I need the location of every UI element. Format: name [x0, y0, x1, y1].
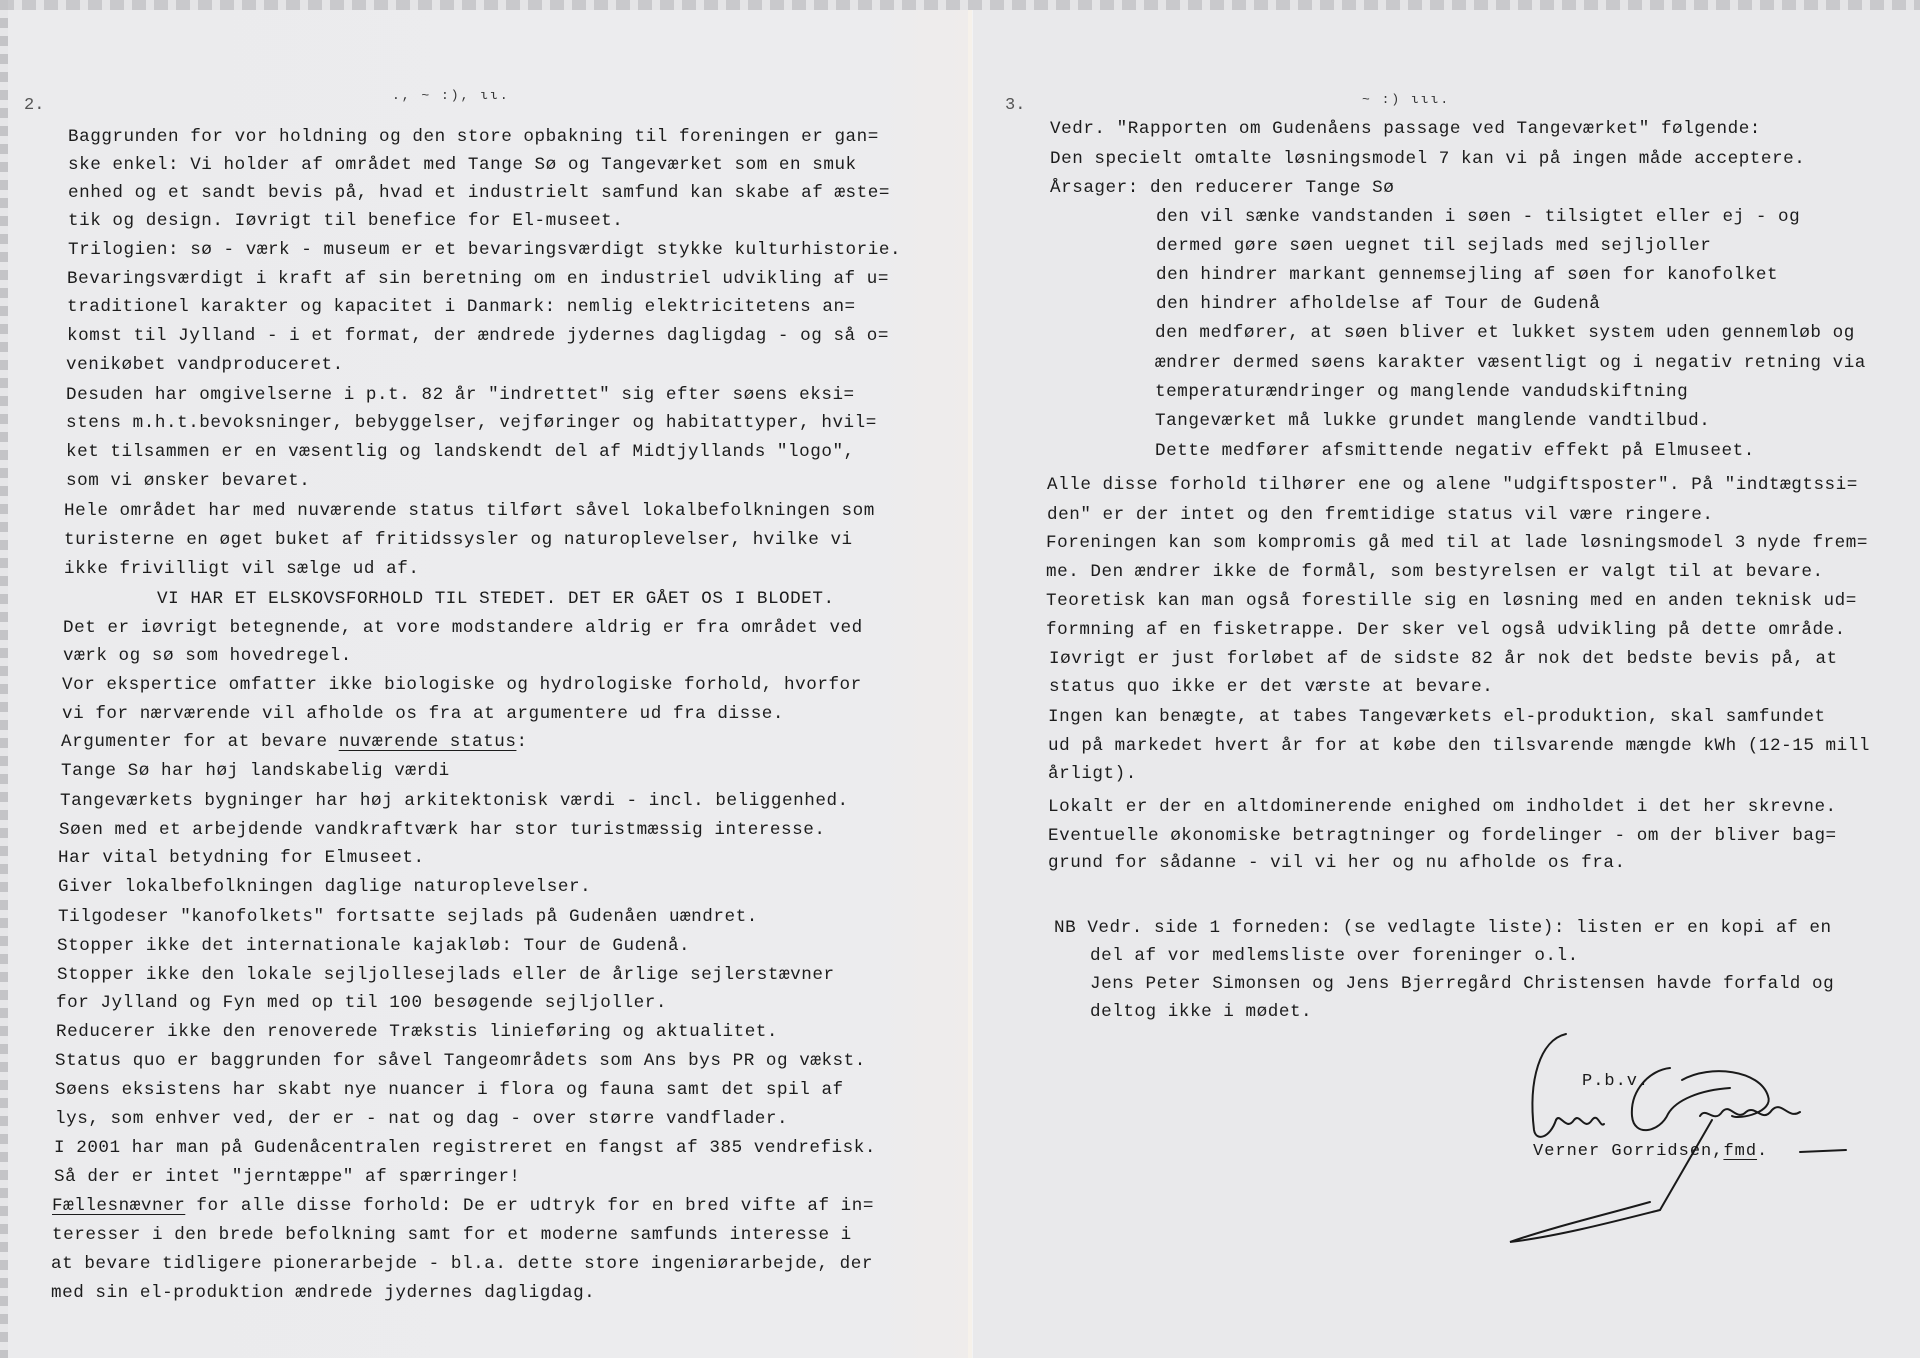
text-line: Trilogien: sø - værk - museum er et beva…	[68, 239, 901, 261]
reason-item: Tangeværket må lukke grundet manglende v…	[1155, 410, 1710, 432]
argument-item: I 2001 har man på Gudenåcentralen regist…	[54, 1137, 876, 1159]
text-line: ud på markedet hvert år for at købe den …	[1048, 735, 1870, 757]
nb-note: Jens Peter Simonsen og Jens Bjerregård C…	[1090, 973, 1834, 995]
text-line: Eventuelle økonomiske betragtninger og f…	[1048, 825, 1837, 847]
reason-item: Dette medfører afsmittende negativ effek…	[1155, 440, 1755, 462]
text-line: Iøvrigt er just forløbet af de sidste 82…	[1049, 648, 1838, 670]
argument-item: Giver lokalbefolkningen daglige naturopl…	[58, 876, 591, 898]
colon: :	[516, 732, 527, 752]
text-line: ske enkel: Vi holder af området med Tang…	[68, 154, 857, 176]
page-number-left: 2.	[24, 96, 44, 115]
text-line: venikøbet vandproduceret.	[66, 354, 344, 376]
text-line: Desuden har omgivelserne i p.t. 82 år "i…	[66, 384, 855, 406]
text-line: Bevaringsværdigt i kraft af sin beretnin…	[67, 268, 889, 290]
text-line: Ingen kan benægte, at tabes Tangeværkets…	[1048, 706, 1826, 728]
reason-item: den hindrer markant gennemsejling af søe…	[1156, 264, 1778, 286]
text-line: vi for nærværende vil afholde os fra at …	[62, 703, 784, 725]
emphasis-line: VI HAR ET ELSKOVSFORHOLD TIL STEDET. DET…	[157, 588, 835, 610]
reason-item: temperaturændringer og manglende vanduds…	[1155, 381, 1688, 403]
nb-note: del af vor medlemsliste over foreninger …	[1090, 945, 1579, 967]
binder-top-edge	[0, 0, 1920, 10]
text-line: ket tilsammen er en væsentlig og landske…	[66, 441, 855, 463]
stamp-smudge-right: ~ :) ιιι.	[1362, 92, 1450, 107]
argument-item: lys, som enhver ved, der er - nat og dag…	[55, 1108, 788, 1130]
text-line: Foreningen kan som kompromis gå med til …	[1046, 532, 1868, 554]
argument-item: Så der er intet "jerntæppe" af spærringe…	[54, 1166, 521, 1188]
text-line: me. Den ændrer ikke de formål, som besty…	[1046, 561, 1824, 583]
argument-item: Søen med et arbejdende vandkraftværk har…	[59, 819, 825, 841]
text-line: med sin el-produktion ændrede jydernes d…	[51, 1282, 595, 1304]
argument-item: Stopper ikke den lokale sejljollesejlads…	[57, 964, 835, 986]
argument-item: Tange Sø har høj landskabelig værdi	[61, 760, 450, 782]
underlined-faellesnaevner: Fællesnævner	[52, 1196, 185, 1216]
text-line: Den specielt omtalte løsningsmodel 7 kan…	[1050, 148, 1805, 170]
nb-note: deltog ikke i mødet.	[1090, 1001, 1312, 1023]
underlined-status: nuværende status	[339, 732, 517, 752]
arguments-heading-text: Argumenter for at bevare	[61, 732, 339, 752]
text-line: værk og sø som hovedregel.	[63, 645, 352, 667]
text-line: årligt).	[1048, 763, 1137, 785]
text-line: enhed og et sandt bevis på, hvad et indu…	[68, 182, 890, 204]
argument-item: Tangeværkets bygninger har høj arkitekto…	[60, 790, 849, 812]
text-line: Årsager: den reducerer Tange Sø	[1050, 177, 1394, 199]
text-line: Vedr. "Rapporten om Gudenåens passage ve…	[1050, 118, 1761, 140]
argument-item: for Jylland og Fyn med op til 100 besøge…	[56, 992, 667, 1014]
page-number-right: 3.	[1005, 96, 1025, 115]
text-line: komst til Jylland - i et format, der ænd…	[67, 325, 889, 347]
stamp-smudge-left: ., ~ :), ιι.	[392, 88, 510, 103]
reason-item: den medfører, at søen bliver et lukket s…	[1155, 322, 1855, 344]
text-line: Lokalt er der en altdominerende enighed …	[1048, 796, 1837, 818]
argument-item: Tilgodeser "kanofolkets" fortsatte sejla…	[58, 906, 758, 928]
reason-item: den hindrer afholdelse af Tour de Gudenå	[1156, 293, 1600, 315]
argument-item: Status quo er baggrunden for såvel Tange…	[55, 1050, 866, 1072]
text-line: den" er der intet og den fremtidige stat…	[1047, 504, 1713, 526]
text-line: at bevare tidligere pionerarbejde - bl.a…	[51, 1253, 873, 1275]
text-line: Alle disse forhold tilhører ene og alene…	[1047, 474, 1858, 496]
arguments-heading: Argumenter for at bevare nuværende statu…	[61, 731, 528, 753]
text-line: stens m.h.t.bevoksninger, bebyggelser, v…	[66, 412, 877, 434]
reason-item: dermed gøre søen uegnet til sejlads med …	[1156, 235, 1711, 257]
faellesnaevner-line: Fællesnævner for alle disse forhold: De …	[52, 1195, 874, 1217]
text-line: Hele området har med nuværende status ti…	[64, 500, 875, 522]
reason-item: den vil sænke vandstanden i søen - tilsi…	[1156, 206, 1800, 228]
text-line: ikke frivilligt vil sælge ud af.	[64, 558, 419, 580]
text-line: turisterne en øget buket af fritidssysle…	[64, 529, 853, 551]
text-line: Vor ekspertice omfatter ikke biologiske …	[62, 674, 862, 696]
faellesnaevner-text: for alle disse forhold: De er udtryk for…	[185, 1196, 874, 1216]
text-line: status quo ikke er det værste at bevare.	[1049, 676, 1493, 698]
argument-item: Stopper ikke det internationale kajakløb…	[57, 935, 690, 957]
text-line: tik og design. Iøvrigt til benefice for …	[68, 210, 623, 232]
text-line: teresser i den brede befolkning samt for…	[52, 1224, 852, 1246]
binder-left-edge	[0, 0, 8, 1358]
nb-note: NB Vedr. side 1 forneden: (se vedlagte l…	[1054, 917, 1832, 939]
text-line: grund for sådanne - vil vi her og nu afh…	[1048, 852, 1626, 874]
text-line: traditionel karakter og kapacitet i Danm…	[67, 296, 856, 318]
argument-item: Reducerer ikke den renoverede Trækstis l…	[56, 1021, 778, 1043]
handwritten-signature-icon	[1500, 1020, 1880, 1250]
text-line: formning af en fisketrappe. Der sker vel…	[1046, 619, 1846, 641]
argument-item: Har vital betydning for Elmuseet.	[58, 847, 425, 869]
text-line: som vi ønsker bevaret.	[66, 470, 310, 492]
reason-item: ændrer dermed søens karakter væsentligt …	[1155, 352, 1866, 374]
text-line: Baggrunden for vor holdning og den store…	[68, 126, 879, 148]
text-line: Det er iøvrigt betegnende, at vore modst…	[63, 617, 863, 639]
text-line: Teoretisk kan man også forestille sig en…	[1046, 590, 1857, 612]
argument-item: Søens eksistens har skabt nye nuancer i …	[55, 1079, 844, 1101]
